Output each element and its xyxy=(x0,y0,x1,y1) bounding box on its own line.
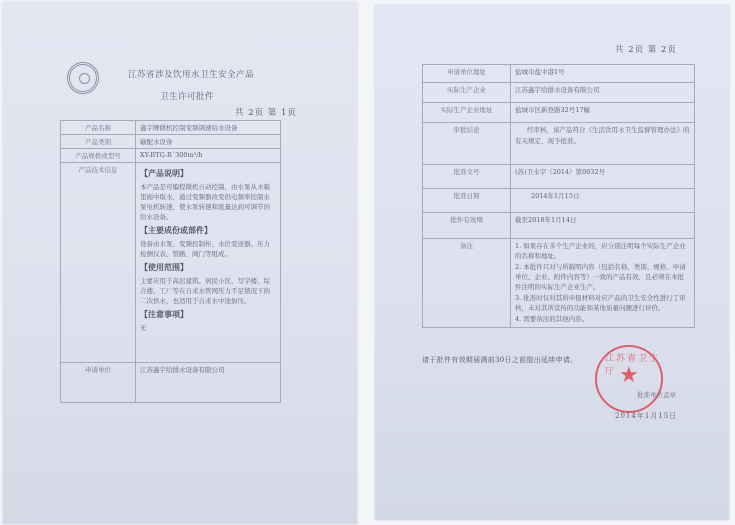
row-label: 产品名称 xyxy=(61,121,136,135)
approval-info-table: 申请单位地址 盐城市盐中港1号 实际生产企业 江苏鑫宇给排水设备有限公司 实际生… xyxy=(422,64,695,328)
page-indicator: 共 2页 第 1页 xyxy=(235,106,297,118)
row-label: 备注 xyxy=(423,239,511,328)
section-heading: 【注意事项】 xyxy=(140,309,276,320)
row-value: 经审核，该产品符合《生活饮用水卫生监督管理办法》的有关规定，现予批准。 xyxy=(511,123,695,165)
notes-content: 1. 如果存在多个生产企业的，应分别注明每个实际生产企业的名称和地址。 2. 本… xyxy=(511,239,695,328)
note-item: 4. 需要备注的其他内容。 xyxy=(515,314,690,324)
table-row: 产品规格或型号 XY-BTG-R´300m³/h xyxy=(61,149,281,163)
row-value: 江苏鑫宇给排水设备有限公司 xyxy=(511,83,695,103)
row-label: 产品技术信息 xyxy=(61,163,136,363)
table-row: 实际生产企业地址 盐城市区新登路32号17幢 xyxy=(423,103,695,123)
row-value: 鑫宇牌微机控制变频调速给水设备 xyxy=(136,121,281,135)
row-label: 申请单位地址 xyxy=(423,65,511,83)
row-label: 产品类别 xyxy=(61,135,136,149)
row-value: 江苏鑫宇给排水设备有限公司 xyxy=(136,363,281,403)
table-row: 申请单位 江苏鑫宇给排水设备有限公司 xyxy=(61,363,281,403)
table-row: 备注 1. 如果存在多个生产企业的，应分别注明每个实际生产企业的名称和地址。 2… xyxy=(423,239,695,328)
table-row: 批准文号 (苏)卫水字（2014）第0032号 xyxy=(423,165,695,189)
table-row: 申请单位地址 盐城市盐中港1号 xyxy=(423,65,695,83)
row-value: 2014年1月15日 xyxy=(511,189,695,213)
row-label: 批件有效期 xyxy=(423,213,511,239)
row-label: 批准文号 xyxy=(423,165,511,189)
tech-info-content: 【产品说明】 本产品是可编程微机自动控制，由水泵从水箱里面中取水，通过变频器改变… xyxy=(136,163,281,363)
table-row: 产品名称 鑫宇牌微机控制变频调速给水设备 xyxy=(61,121,281,135)
row-value: 输配水设备 xyxy=(136,135,281,149)
table-row: 产品类别 输配水设备 xyxy=(61,135,281,149)
row-label: 实际生产企业 xyxy=(423,83,511,103)
section-text: 主要应用于高层建筑、居民小区、写字楼、综合楼、工厂等在自来水管网压力不足情况下的… xyxy=(140,276,276,306)
row-value: XY-BTG-R´300m³/h xyxy=(136,149,281,163)
section-text: 本产品是可编程微机自动控制，由水泵从水箱里面中取水，通过变频器改变供电频率控制水… xyxy=(140,182,276,222)
section-heading: 【产品说明】 xyxy=(140,168,276,179)
table-row: 批件有效期 截至2018年1月14日 xyxy=(423,213,695,239)
row-label: 申请单位 xyxy=(61,363,136,403)
renewal-notice: 请于批件有效期届满前30日之前提出延续申请。 xyxy=(422,355,578,365)
row-label: 产品规格或型号 xyxy=(61,149,136,163)
row-label: 批准日期 xyxy=(423,189,511,213)
national-emblem-icon xyxy=(67,62,99,94)
section-heading: 【使用范围】 xyxy=(140,262,276,273)
section-text: 无 xyxy=(140,323,276,333)
note-item: 3. 批准时仅对其所申报材料对应产品的卫生安全性进行了审核，未对其所宣传的功能和… xyxy=(515,293,690,313)
document-subtitle: 卫生许可批件 xyxy=(160,90,214,102)
row-value: 截至2018年1月14日 xyxy=(511,213,695,239)
page-indicator: 共 2页 第 2页 xyxy=(615,43,677,55)
table-row: 审批结论 经审核，该产品符合《生活饮用水卫生监督管理办法》的有关规定，现予批准。 xyxy=(423,123,695,165)
row-value: 盐城市区新登路32号17幢 xyxy=(511,103,695,123)
row-value: (苏)卫水字（2014）第0032号 xyxy=(511,165,695,189)
row-label: 实际生产企业地址 xyxy=(423,103,511,123)
signature-label: 批准单位盖章 xyxy=(637,390,676,399)
row-value: 盐城市盐中港1号 xyxy=(511,65,695,83)
star-icon: ★ xyxy=(619,365,639,387)
document-title: 江苏省涉及饮用水卫生安全产品 xyxy=(128,68,254,80)
official-seal-icon: 江苏省卫生厅 ★ xyxy=(595,345,663,413)
signature-date: 2014年1月15日 xyxy=(615,411,677,421)
note-item: 1. 如果存在多个生产企业的，应分别注明每个实际生产企业的名称和地址。 xyxy=(515,241,690,261)
product-info-table: 产品名称 鑫宇牌微机控制变频调速给水设备 产品类别 输配水设备 产品规格或型号 … xyxy=(60,120,281,403)
permit-page-1: 江苏省涉及饮用水卫生安全产品 卫生许可批件 共 2页 第 1页 产品名称 鑫宇牌… xyxy=(3,2,357,524)
table-row: 实际生产企业 江苏鑫宇给排水设备有限公司 xyxy=(423,83,695,103)
row-label: 审批结论 xyxy=(423,123,511,165)
section-heading: 【主要成份或部件】 xyxy=(140,225,276,236)
section-text: 设备由水泵、变频控制柜、水位变送器、压力检测仪表、管路、阀门等组成。 xyxy=(140,239,276,259)
permit-page-2: 共 2页 第 2页 申请单位地址 盐城市盐中港1号 实际生产企业 江苏鑫宇给排水… xyxy=(375,5,729,520)
note-item: 2. 本批件只对与所载明内容（包括名称、类别、规格、申请单位、企业、附件内容等）… xyxy=(515,262,690,292)
table-row: 批准日期 2014年1月15日 xyxy=(423,189,695,213)
table-row: 产品技术信息 【产品说明】 本产品是可编程微机自动控制，由水泵从水箱里面中取水，… xyxy=(61,163,281,363)
